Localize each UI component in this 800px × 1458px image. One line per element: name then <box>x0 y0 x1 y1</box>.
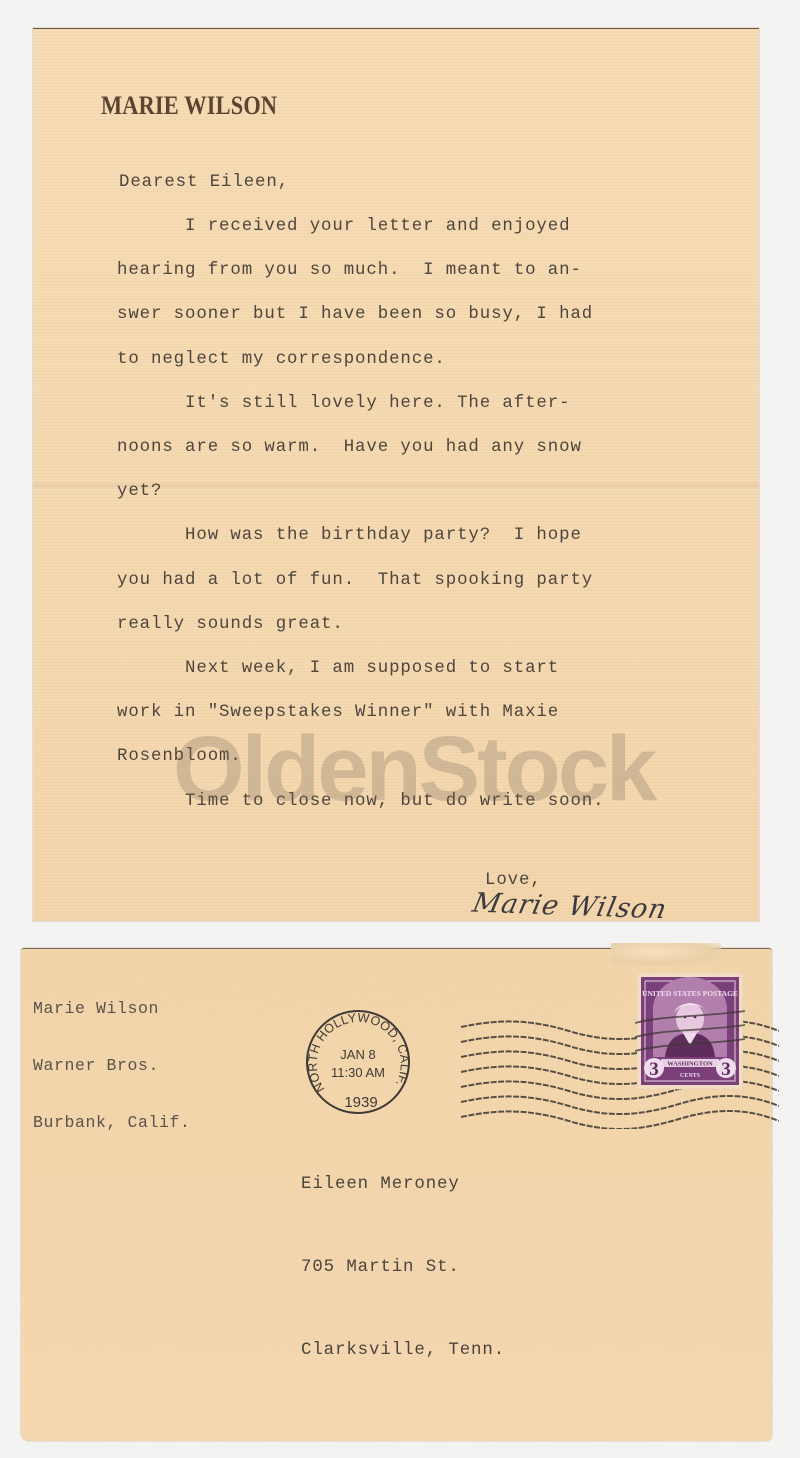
stamp-denomination-right: 3 <box>721 1059 731 1080</box>
letter-line: really sounds great. <box>117 615 344 634</box>
letter-card: MARIE WILSON Dearest Eileen, I received … <box>33 28 759 921</box>
stamp-denomination-left: 3 <box>649 1059 659 1080</box>
letter-line: to neglect my correspondence. <box>117 350 446 369</box>
recipient-line: 705 Martin St. <box>301 1258 505 1303</box>
return-address: Marie Wilson Warner Bros. Burbank, Calif… <box>33 961 191 1170</box>
return-address-line: Burbank, Calif. <box>33 1113 191 1132</box>
closing: Love, <box>485 871 542 890</box>
postmark-time: 11:30 AM <box>331 1065 385 1080</box>
handwritten-signature: Marie Wilson <box>470 888 670 926</box>
recipient-line: Clarksville, Tenn. <box>301 1341 505 1386</box>
stamp-subject: WASHINGTON <box>667 1061 713 1068</box>
letter-line: work in "Sweepstakes Winner" with Maxie <box>117 703 559 722</box>
letter-line: It's still lovely here. The after- <box>117 394 570 413</box>
letter-line: yet? <box>117 482 162 501</box>
envelope: Marie Wilson Warner Bros. Burbank, Calif… <box>21 948 772 1441</box>
letter-line: hearing from you so much. I meant to an- <box>117 261 582 280</box>
letter-line: I received your letter and enjoyed <box>117 217 570 236</box>
postage-stamp: UNITED STATES POSTAGE WASHINGTON CENTS 3… <box>635 971 745 1091</box>
torn-edge <box>611 943 721 965</box>
letter-line: Rosenbloom. <box>117 747 242 766</box>
letter-line: Time to close now, but do write soon. <box>117 792 604 811</box>
letter-line: Next week, I am supposed to start <box>117 659 559 678</box>
letter-line: How was the birthday party? I hope <box>117 526 582 545</box>
stamp-cents: CENTS <box>680 1073 701 1079</box>
postmark-year: 1939 <box>344 1094 377 1111</box>
letter-line: noons are so warm. Have you had any snow <box>117 438 582 457</box>
recipient-address: Eileen Meroney 705 Martin St. Clarksvill… <box>301 1137 505 1424</box>
return-address-line: Warner Bros. <box>33 1056 191 1075</box>
postmark-date: JAN 8 <box>340 1047 375 1062</box>
return-address-line: Marie Wilson <box>33 999 191 1018</box>
stamp-country: UNITED STATES POSTAGE <box>642 989 738 998</box>
letter-line: swer sooner but I have been so busy, I h… <box>117 305 593 324</box>
letterhead: MARIE WILSON <box>101 91 277 121</box>
letter-line: you had a lot of fun. That spooking part… <box>117 571 593 590</box>
recipient-line: Eileen Meroney <box>301 1175 505 1220</box>
postmark-circle: NORTH HOLLYWOOD, CALIF. JAN 8 11:30 AM 1… <box>303 1007 413 1117</box>
salutation: Dearest Eileen, <box>119 173 289 192</box>
